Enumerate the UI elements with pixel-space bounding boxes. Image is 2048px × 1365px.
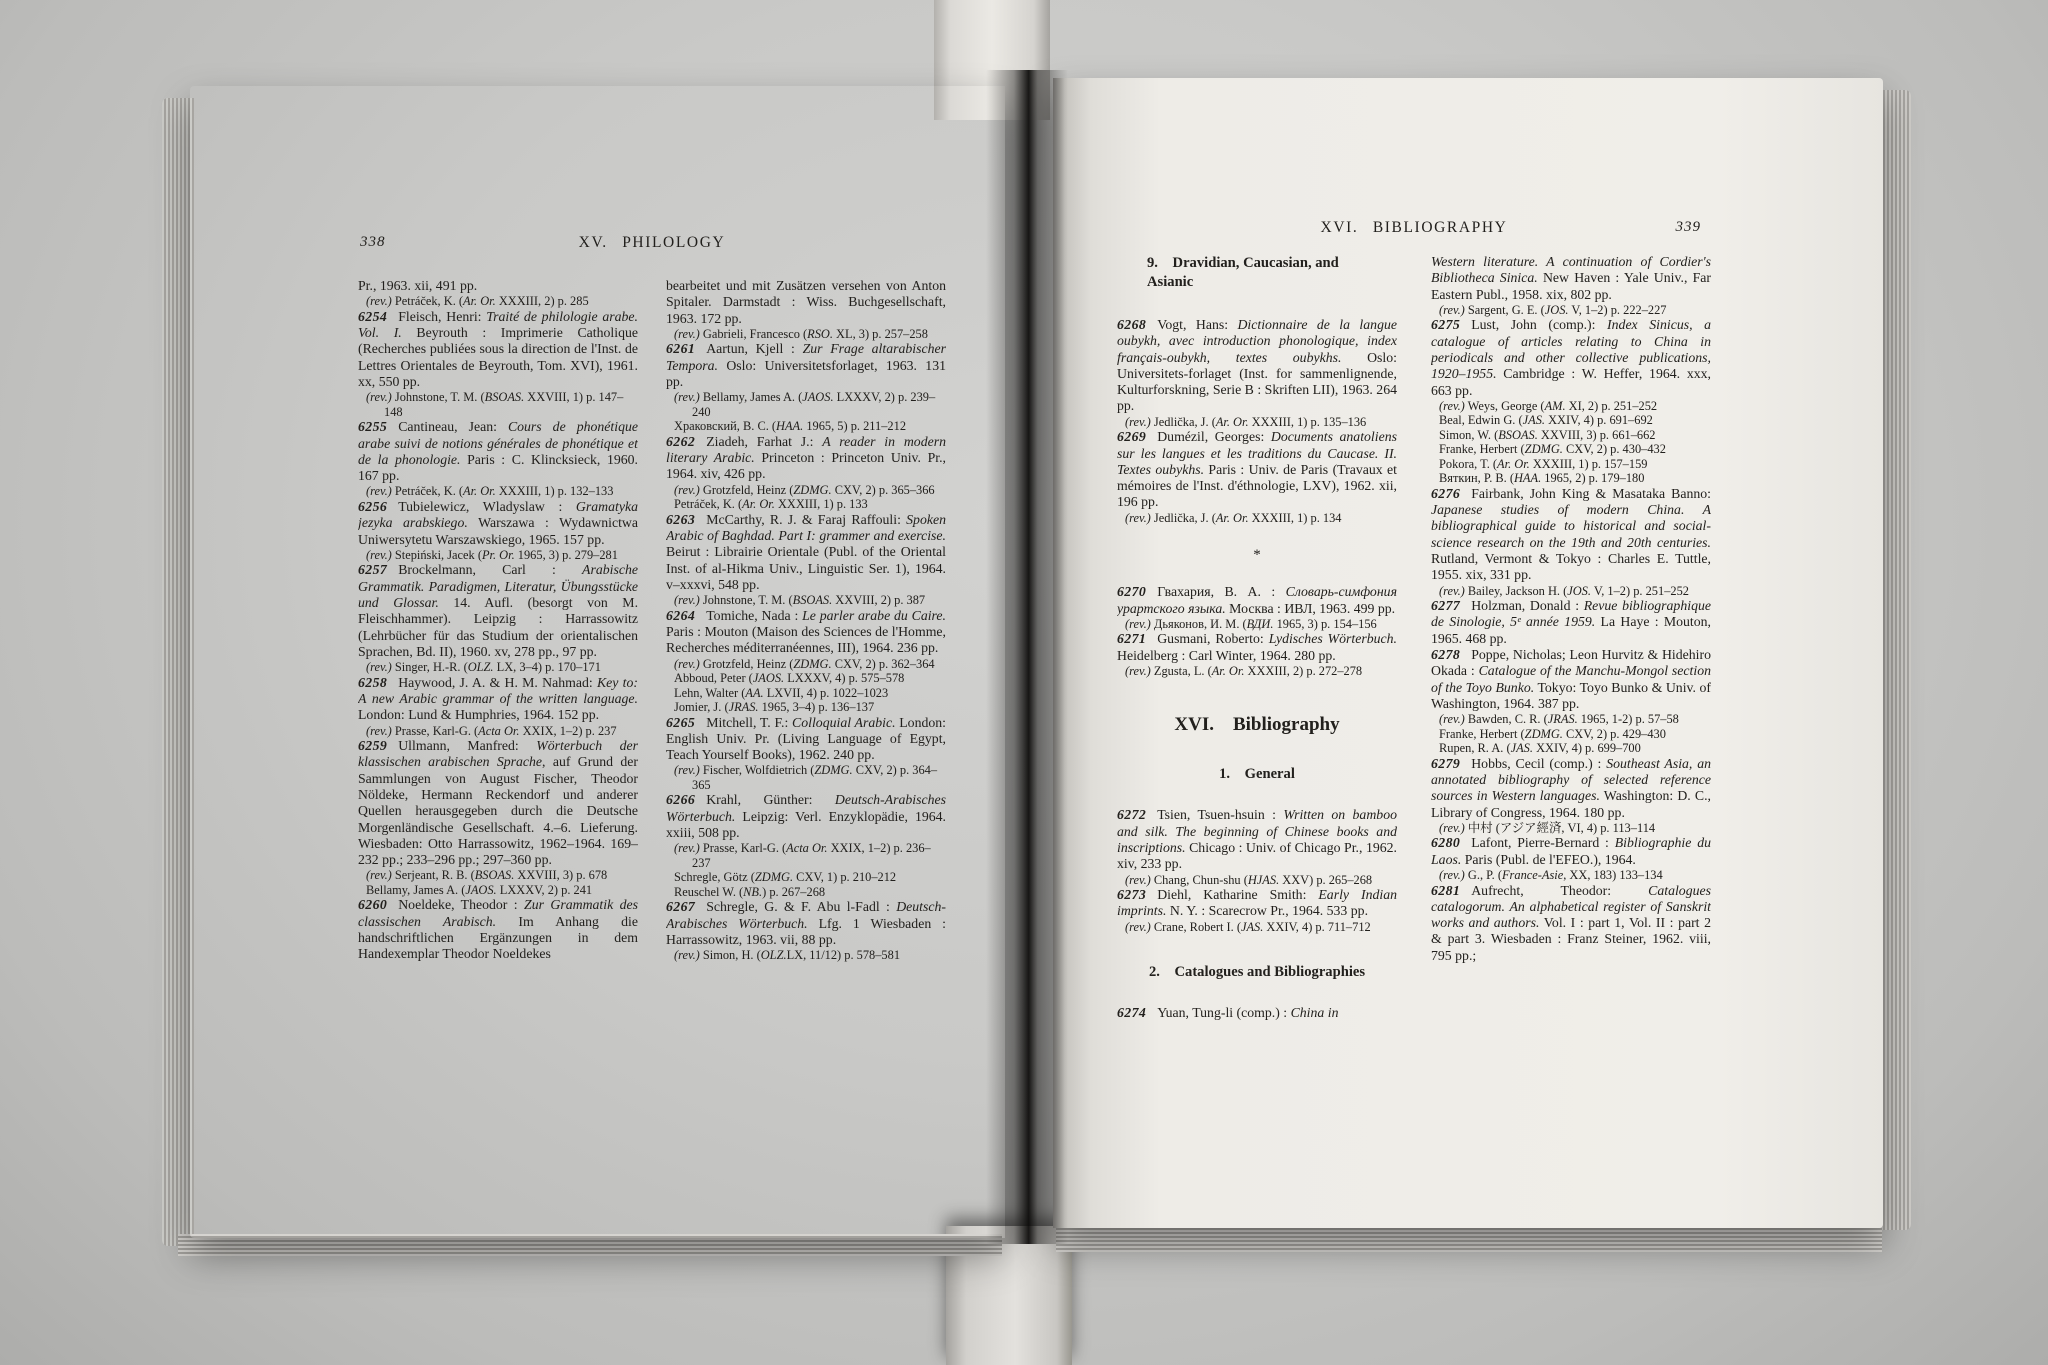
entry-number: 6265 — [666, 715, 695, 730]
bib-entry-6271: 6271Gusmani, Roberto: Lydisches Wörterbu… — [1117, 631, 1397, 664]
bib-entry-6260: 6260Noeldeke, Theodor : Zur Grammatik de… — [358, 897, 638, 962]
review-line: (rev.) Serjeant, R. B. (BSOAS. XXVIII, 3… — [366, 868, 638, 883]
text-column-3: 9. Dravidian, Caucasian, and Asianic6268… — [1117, 254, 1397, 1154]
bib-entry-6272: 6272Tsien, Tsuen-hsuin : Written on bamb… — [1117, 807, 1397, 872]
bib-entry-6278: 6278Poppe, Nicholas; Leon Hurvitz & Hide… — [1431, 647, 1711, 712]
page-number-left: 338 — [360, 234, 386, 251]
bib-entry-6273: 6273Diehl, Katharine Smith: Early Indian… — [1117, 887, 1397, 920]
review-line: (rev.) Fischer, Wolfdietrich (ZDMG. CXV,… — [674, 763, 946, 792]
entry-number: 6258 — [358, 675, 387, 690]
bib-entry-6263: 6263McCarthy, R. J. & Faraj Raffouli: Sp… — [666, 512, 946, 593]
review-line-secondary: Reuschel W. (NB.) p. 267–268 — [674, 885, 946, 900]
review-line: (rev.) Grotzfeld, Heinz (ZDMG. CXV, 2) p… — [674, 657, 946, 672]
bib-entry-6270: 6270Гвахария, В. А. : Словарь-симфония у… — [1117, 584, 1397, 617]
review-line: (rev.) Johnstone, T. M. (BSOAS. XXVIII, … — [366, 390, 638, 419]
bib-entry-6264: 6264Tomiche, Nada : Le parler arabe du C… — [666, 608, 946, 657]
review-line-secondary: Храковский, В. С. (HAA. 1965, 5) p. 211–… — [674, 419, 946, 434]
entry-number: 6277 — [1431, 598, 1460, 613]
review-line-secondary: Simon, W. (BSOAS. XXVIII, 3) p. 661–662 — [1439, 428, 1711, 443]
entry-number: 6256 — [358, 499, 387, 514]
review-line: (rev.) Bellamy, James A. (JAOS. LXXXV, 2… — [674, 390, 946, 419]
bib-entry-6279: 6279Hobbs, Cecil (comp.) : Southeast Asi… — [1431, 756, 1711, 821]
review-line: (rev.) Дьяконов, И. М. (ВДИ. 1965, 3) p.… — [1125, 617, 1397, 632]
entry-number: 6262 — [666, 434, 695, 449]
review-line-secondary: Rupen, R. A. (JAS. XXIV, 4) p. 699–700 — [1439, 741, 1711, 756]
entry-number: 6272 — [1117, 807, 1146, 822]
bib-entry-6281: 6281Aufrecht, Theodor: Catalogues catalo… — [1431, 883, 1711, 964]
review-line: (rev.) Prasse, Karl-G. (Acta Or. XXIX, 1… — [674, 841, 946, 870]
text-column-4: Western literature. A continuation of Co… — [1431, 254, 1711, 1154]
page-edge-stack-right — [1879, 90, 1911, 1230]
entry-number: 6279 — [1431, 756, 1460, 771]
entry-number: 6254 — [358, 309, 387, 324]
review-line: (rev.) Stepiński, Jacek (Pr. Or. 1965, 3… — [366, 548, 638, 563]
entry-number: 6269 — [1117, 429, 1146, 444]
entry-number: 6255 — [358, 419, 387, 434]
entry-number: 6275 — [1431, 317, 1460, 332]
entry-number: 6268 — [1117, 317, 1146, 332]
review-line: (rev.) Prasse, Karl-G. (Acta Or. XXIX, 1… — [366, 724, 638, 739]
right-page-body: 9. Dravidian, Caucasian, and Asianic6268… — [1117, 254, 1711, 1154]
left-page-header: 338 XV. PHILOLOGY — [358, 234, 946, 258]
review-line: (rev.) G., P. (France-Asie, XX, 183) 133… — [1439, 868, 1711, 883]
bib-entry-6258: 6258Haywood, J. A. & H. M. Nahmad: Key t… — [358, 675, 638, 724]
photo-of-open-book: 338 XV. PHILOLOGY Pr., 1963. xii, 491 pp… — [0, 0, 2048, 1365]
entry-number: 6260 — [358, 897, 387, 912]
entry-number: 6264 — [666, 608, 695, 623]
review-line-secondary: Beal, Edwin G. (JAS. XXIV, 4) p. 691–692 — [1439, 413, 1711, 428]
left-page: 338 XV. PHILOLOGY Pr., 1963. xii, 491 pp… — [190, 86, 1005, 1238]
section-heading: 1. General — [1117, 766, 1397, 783]
entry-number: 6270 — [1117, 584, 1146, 599]
entry-number: 6266 — [666, 792, 695, 807]
bib-entry-6259: 6259Ullmann, Manfred: Wörterbuch der kla… — [358, 738, 638, 868]
running-head-right: XVI. BIBLIOGRAPHY — [1117, 219, 1711, 237]
page-number-right: 339 — [1676, 219, 1702, 236]
review-line-secondary: Вяткин, Р. В. (HAA. 1965, 2) p. 179–180 — [1439, 471, 1711, 486]
bib-entry-6280: 6280Lafont, Pierre-Bernard : Bibliograph… — [1431, 835, 1711, 868]
bib-entry-6261: 6261Aartun, Kjell : Zur Frage altarabisc… — [666, 341, 946, 390]
review-line: (rev.) Bawden, C. R. (JRAS. 1965, 1-2) p… — [1439, 712, 1711, 727]
review-line-secondary: Abboud, Peter (JAOS. LXXXV, 4) p. 575–57… — [674, 671, 946, 686]
review-line: (rev.) Weys, George (AM. XI, 2) p. 251–2… — [1439, 399, 1711, 414]
review-line: (rev.) Petráček, K. (Ar. Or. XXXIII, 2) … — [366, 294, 638, 309]
review-line-secondary: Lehn, Walter (AA. LXVII, 4) p. 1022–1023 — [674, 686, 946, 701]
bib-entry-continuation: Pr., 1963. xii, 491 pp. — [358, 278, 638, 294]
entry-number: 6259 — [358, 738, 387, 753]
review-line-secondary: Pokora, T. (Ar. Or. XXXIII, 1) p. 157–15… — [1439, 457, 1711, 472]
review-line-secondary: Franke, Herbert (ZDMG. CXV, 2) p. 430–43… — [1439, 442, 1711, 457]
bib-entry-6265: 6265Mitchell, T. F.: Colloquial Arabic. … — [666, 715, 946, 764]
review-line: (rev.) Singer, H.-R. (OLZ. LX, 3–4) p. 1… — [366, 660, 638, 675]
review-line: (rev.) Bailey, Jackson H. (JOS. V, 1–2) … — [1439, 584, 1711, 599]
review-line: (rev.) Crane, Robert I. (JAS. XXIV, 4) p… — [1125, 920, 1397, 935]
review-line: (rev.) Grotzfeld, Heinz (ZDMG. CXV, 2) p… — [674, 483, 946, 498]
separator-star: * — [1117, 547, 1397, 564]
review-line: (rev.) Zgusta, L. (Ar. Or. XXXIII, 2) p.… — [1125, 664, 1397, 679]
entry-number: 6263 — [666, 512, 695, 527]
entry-number: 6281 — [1431, 883, 1460, 898]
review-line: (rev.) Jedlička, J. (Ar. Or. XXXIII, 1) … — [1125, 415, 1397, 430]
chapter-heading: XVI. Bibliography — [1117, 714, 1397, 736]
entry-number: 6271 — [1117, 631, 1146, 646]
running-head-left: XV. PHILOLOGY — [358, 234, 946, 252]
entry-number: 6273 — [1117, 887, 1146, 902]
bib-entry-6269: 6269Dumézil, Georges: Documents anatolie… — [1117, 429, 1397, 510]
entry-number: 6274 — [1117, 1005, 1146, 1020]
bib-entry-6277: 6277Holzman, Donald : Revue bibliographi… — [1431, 598, 1711, 647]
bib-entry-6274: 6274Yuan, Tung-li (comp.) : China in — [1117, 1005, 1397, 1021]
review-line: (rev.) Chang, Chun-shu (HJAS. XXV) p. 26… — [1125, 873, 1397, 888]
review-line: (rev.) Sargent, G. E. (JOS. V, 1–2) p. 2… — [1439, 303, 1711, 318]
bib-entry-6255: 6255Cantineau, Jean: Cours de phonétique… — [358, 419, 638, 484]
review-line: (rev.) Simon, H. (OLZ.LX, 11/12) p. 578–… — [674, 948, 946, 963]
entry-number: 6276 — [1431, 486, 1460, 501]
review-line-secondary: Franke, Herbert (ZDMG. CXV, 2) p. 429–43… — [1439, 727, 1711, 742]
bib-entry-6256: 6256Tubielewicz, Wladyslaw : Gramatyka j… — [358, 499, 638, 548]
text-column-2: bearbeitet und mit Zusätzen versehen von… — [666, 278, 946, 1158]
review-line: (rev.) Jedlička, J. (Ar. Or. XXXIII, 1) … — [1125, 511, 1397, 526]
review-line-secondary: Bellamy, James A. (JAOS. LXXXV, 2) p. 24… — [366, 883, 638, 898]
review-line-secondary: Petráček, K. (Ar. Or. XXXIII, 1) p. 133 — [674, 497, 946, 512]
bib-entry-6254: 6254Fleisch, Henri: Traité de philologie… — [358, 309, 638, 390]
bib-entry-6262: 6262Ziadeh, Farhat J.: A reader in moder… — [666, 434, 946, 483]
review-line-secondary: Jomier, J. (JRAS. 1965, 3–4) p. 136–137 — [674, 700, 946, 715]
text-column-1: Pr., 1963. xii, 491 pp.(rev.) Petráček, … — [358, 278, 638, 1158]
bib-entry-6257: 6257Brockelmann, Carl : Arabische Gramma… — [358, 562, 638, 660]
section-heading: 2. Catalogues and Bibliographies — [1117, 964, 1397, 981]
bib-entry-6276: 6276Fairbank, John King & Masataka Banno… — [1431, 486, 1711, 584]
right-page-header: XVI. BIBLIOGRAPHY 339 — [1117, 219, 1711, 243]
entry-number: 6261 — [666, 341, 695, 356]
entry-number: 6280 — [1431, 835, 1460, 850]
bib-entry-6275: 6275Lust, John (comp.): Index Sinicus, a… — [1431, 317, 1711, 398]
bib-entry-continuation: Western literature. A continuation of Co… — [1431, 254, 1711, 303]
bib-entry-6268: 6268Vogt, Hans: Dictionnaire de la langu… — [1117, 317, 1397, 415]
review-line-secondary: Schregle, Götz (ZDMG. CXV, 1) p. 210–212 — [674, 870, 946, 885]
right-page: XVI. BIBLIOGRAPHY 339 9. Dravidian, Cauc… — [1053, 78, 1883, 1228]
review-line: (rev.) Johnstone, T. M. (BSOAS. XXVIII, … — [674, 593, 946, 608]
entry-number: 6267 — [666, 899, 695, 914]
review-line: (rev.) Petráček, K. (Ar. Or. XXXIII, 1) … — [366, 484, 638, 499]
entry-number: 6278 — [1431, 647, 1460, 662]
review-line: (rev.) Gabrieli, Francesco (RSO. XL, 3) … — [674, 327, 946, 342]
entry-number: 6257 — [358, 562, 387, 577]
page-edge-stack-bottom-right — [1056, 1226, 1882, 1252]
review-line: (rev.) 中村 (アジア經済, VI, 4) p. 113–114 — [1439, 821, 1711, 836]
subsection-heading: 9. Dravidian, Caucasian, and Asianic — [1117, 254, 1397, 291]
bib-entry-6266: 6266Krahl, Günther: Deutsch-Arabisches W… — [666, 792, 946, 841]
bib-entry-continuation: bearbeitet und mit Zusätzen versehen von… — [666, 278, 946, 327]
left-page-body: Pr., 1963. xii, 491 pp.(rev.) Petráček, … — [358, 278, 946, 1158]
bib-entry-6267: 6267Schregle, G. & F. Abu l-Fadl : Deuts… — [666, 899, 946, 948]
